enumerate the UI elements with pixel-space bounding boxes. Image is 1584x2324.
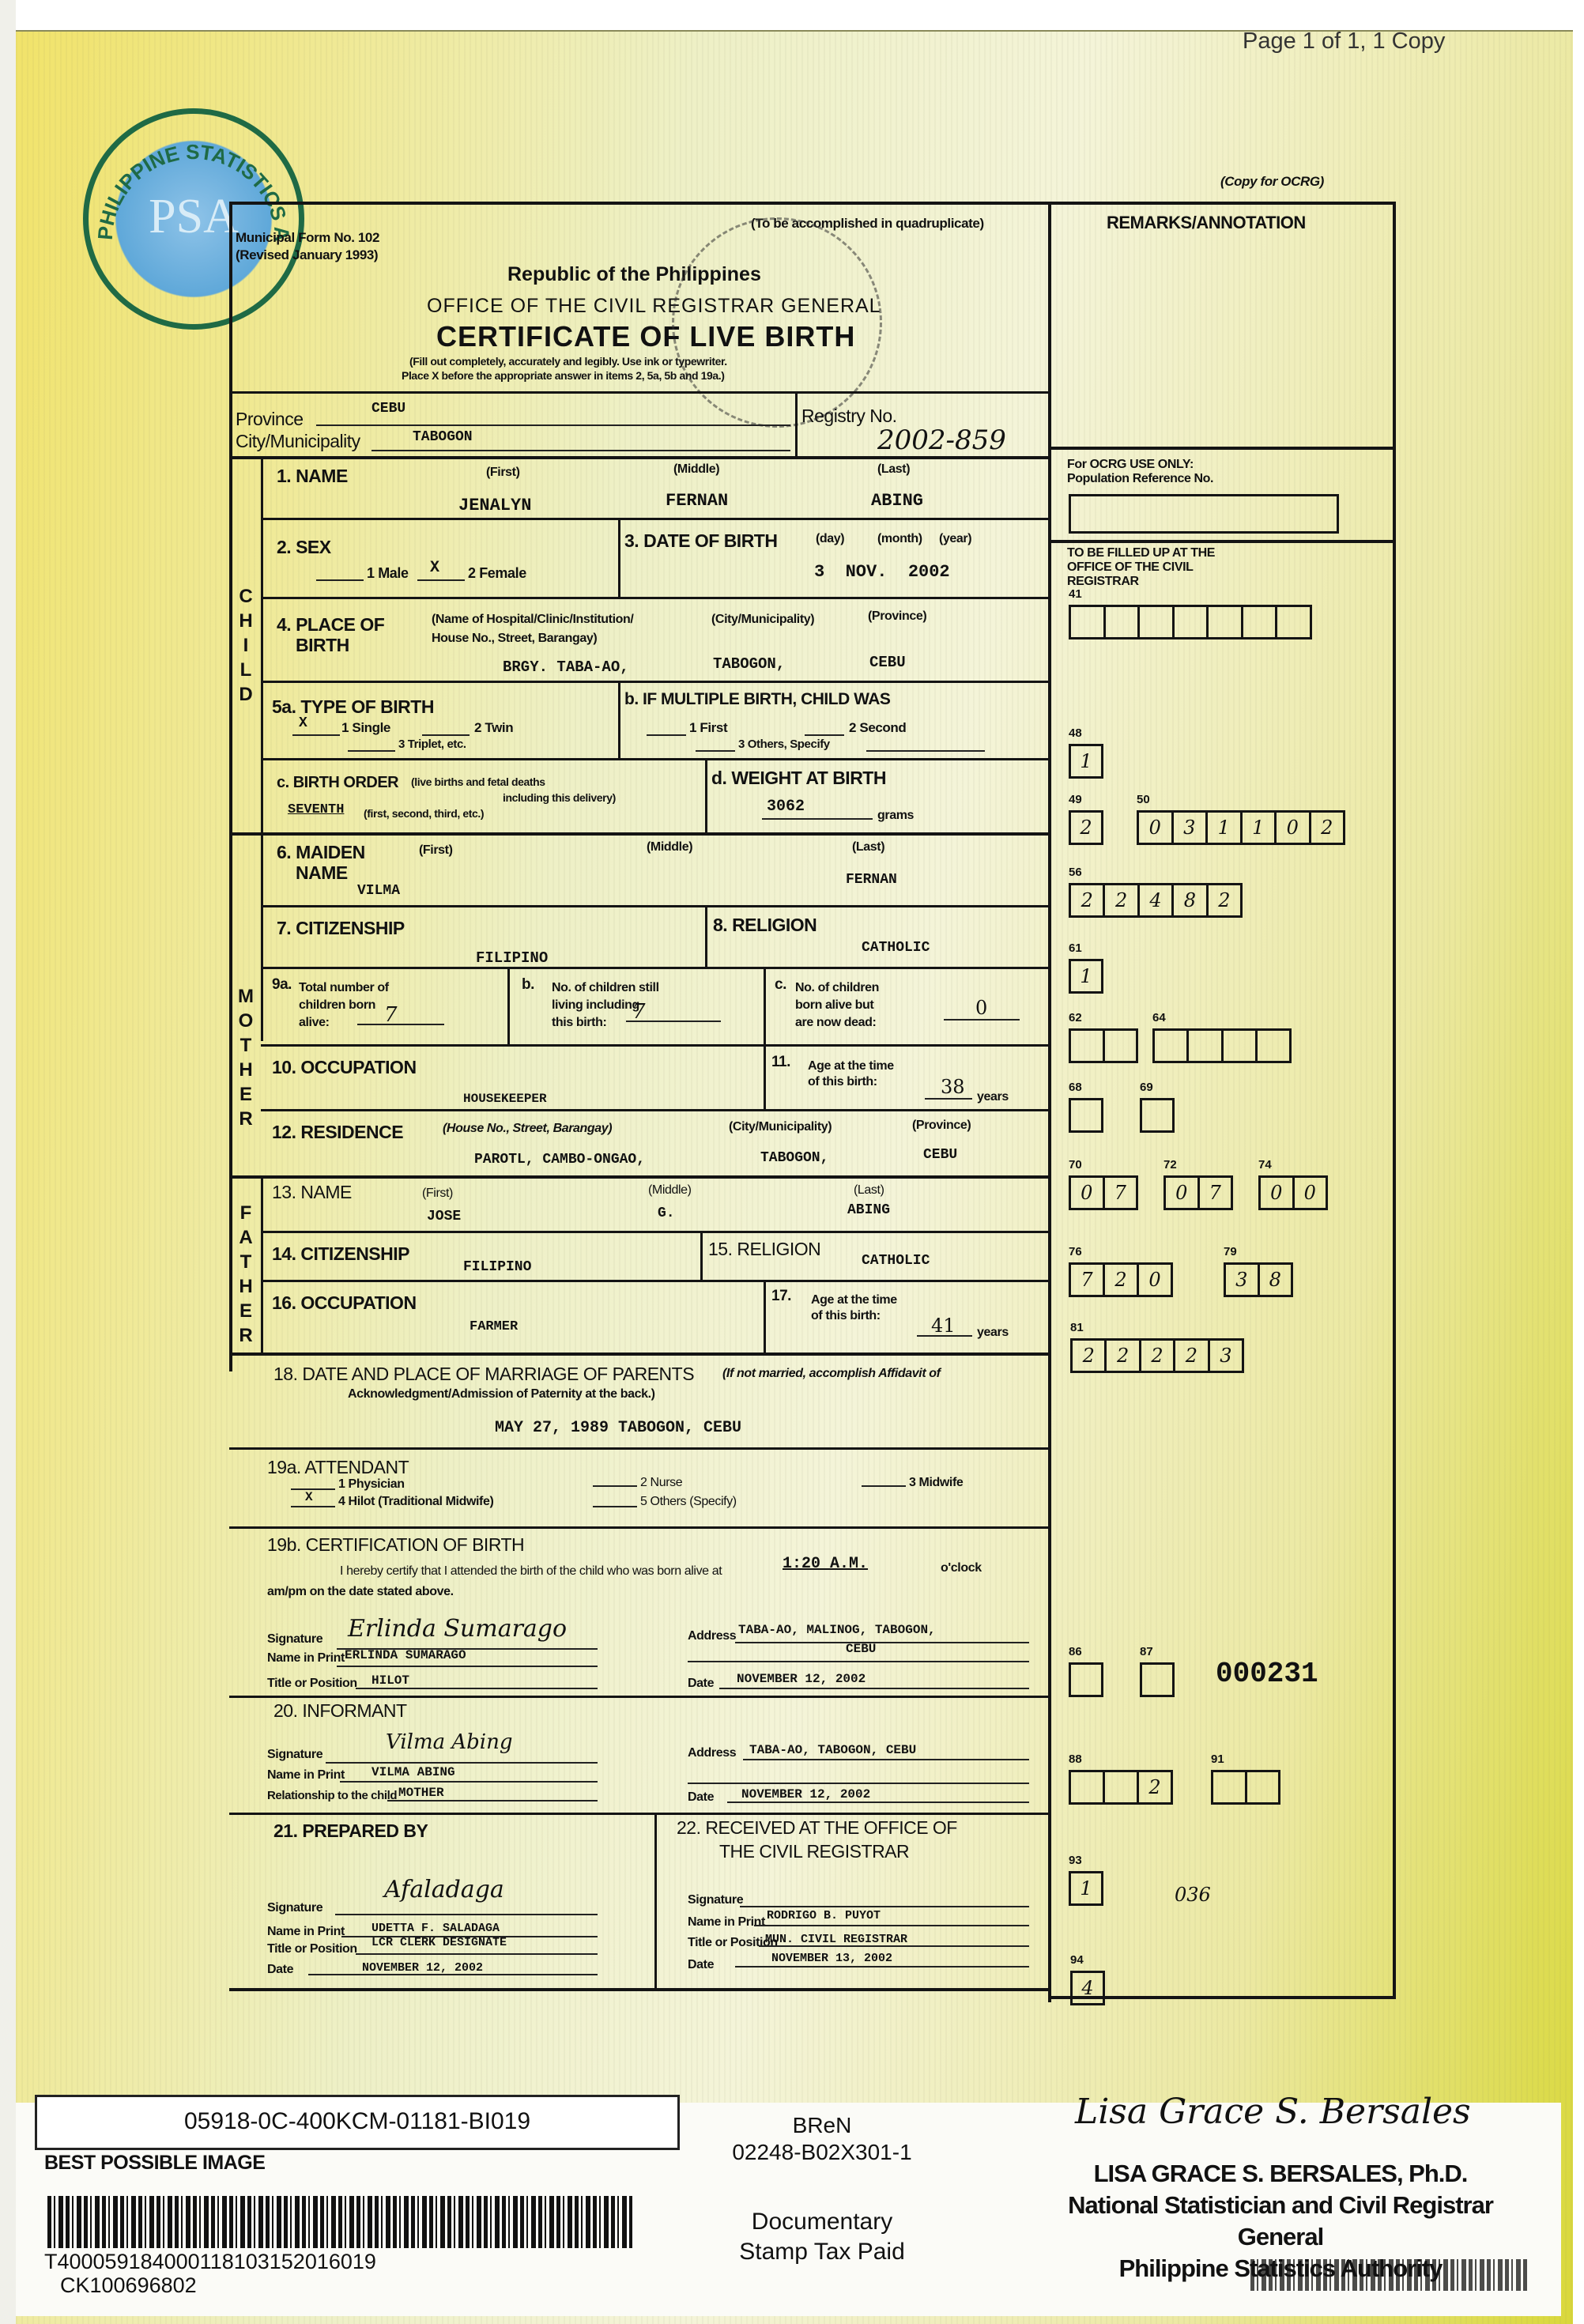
code-cell: 3 bbox=[1210, 1341, 1242, 1371]
date-label: Date bbox=[688, 1958, 714, 1972]
informant-name: VILMA ABING bbox=[371, 1765, 455, 1779]
father-religion-label: 15. RELIGION bbox=[708, 1239, 820, 1260]
birth-order-value: SEVENTH bbox=[288, 802, 344, 817]
title-label: Title or Position bbox=[267, 1677, 357, 1691]
father-religion: CATHOLIC bbox=[862, 1253, 930, 1269]
birth-type-triplet[interactable]: 3 Triplet, etc. bbox=[398, 738, 466, 751]
code-cell bbox=[1247, 1772, 1279, 1802]
address-label: Address bbox=[688, 1629, 736, 1643]
registrar-use-heading: TO BE FILLED UP AT THEOFFICE OF THE CIVI… bbox=[1067, 546, 1215, 589]
mother-religion: CATHOLIC bbox=[862, 940, 930, 956]
father-middle-name: G. bbox=[658, 1205, 675, 1221]
mother-age-value: 38 bbox=[941, 1076, 965, 1098]
code-cell: 7 bbox=[1071, 1265, 1105, 1295]
code-cell: 2 bbox=[1105, 885, 1139, 915]
father-citizenship-label: 14. CITIZENSHIP bbox=[272, 1243, 409, 1265]
handwritten-note: 036 bbox=[1175, 1884, 1211, 1906]
certification-text-1: I hereby certify that I attended the bir… bbox=[340, 1564, 722, 1579]
mother-religion-label: 8. RELIGION bbox=[713, 915, 817, 936]
weight-unit: grams bbox=[877, 809, 914, 823]
code-cell: 0 bbox=[1261, 1178, 1295, 1208]
birth-order-hint-2: including this delivery) bbox=[503, 791, 616, 804]
code-cell bbox=[1243, 607, 1278, 637]
mother-name-label: 6. MAIDEN bbox=[277, 842, 365, 863]
code-cell: 2 bbox=[1311, 813, 1344, 843]
stamp-tax-line-2: Stamp Tax Paid bbox=[711, 2237, 933, 2267]
multiple-birth-label: b. IF MULTIPLE BIRTH, CHILD WAS bbox=[624, 690, 890, 709]
attendant-nurse[interactable]: 2 Nurse bbox=[640, 1476, 682, 1490]
pob-city: TABOGON, bbox=[713, 655, 785, 673]
informant-address: TABA-AO, TABOGON, CEBU bbox=[749, 1743, 916, 1757]
code-cell: 8 bbox=[1260, 1265, 1292, 1295]
code-cell bbox=[1209, 607, 1243, 637]
pob-province-label: (Province) bbox=[868, 609, 926, 624]
dob-day-label: (day) bbox=[816, 532, 844, 546]
attendant-midwife[interactable]: 3 Midwife bbox=[909, 1476, 963, 1490]
multiple-others[interactable]: 3 Others, Specify bbox=[738, 738, 830, 751]
mother-age-unit: years bbox=[977, 1090, 1009, 1104]
birth-type-mark: X bbox=[299, 715, 307, 731]
sex-option-female[interactable]: 2 Female bbox=[468, 565, 526, 582]
signature-label: Signature bbox=[688, 1893, 743, 1907]
best-possible-image: BEST POSSIBLE IMAGE bbox=[44, 2152, 265, 2175]
registrar-stamp-icon bbox=[672, 217, 882, 428]
serial-number: 000231 bbox=[1216, 1658, 1318, 1690]
code-field-62[interactable] bbox=[1069, 1028, 1138, 1063]
code-cell: 1 bbox=[1071, 1873, 1101, 1903]
attendant-label: 19a. ATTENDANT bbox=[267, 1457, 409, 1478]
attendant-name: ERLINDA SUMARAGO bbox=[345, 1648, 466, 1662]
code-cell bbox=[1140, 607, 1175, 637]
registry-number: 2002-859 bbox=[877, 424, 1006, 456]
code-field-68[interactable] bbox=[1069, 1098, 1103, 1133]
attendant-mark: X bbox=[305, 1490, 313, 1504]
birth-order-hint-1: (live births and fetal deaths bbox=[411, 775, 545, 788]
attendant-title: HILOT bbox=[371, 1673, 409, 1688]
stamp-tax-block: Documentary Stamp Tax Paid bbox=[711, 2207, 933, 2267]
code-cell: 2 bbox=[1071, 813, 1101, 843]
attendant-address-1: TABA-AO, MALINOG, TABOGON, bbox=[738, 1623, 936, 1637]
weight-value: 3062 bbox=[767, 798, 805, 816]
code-cell: 7 bbox=[1200, 1178, 1231, 1208]
code-cell: 2 bbox=[1071, 885, 1105, 915]
barcode-text: T400059184000118103152016019 bbox=[44, 2250, 376, 2274]
code-number-41: 41 bbox=[1069, 587, 1082, 601]
father-age-unit: years bbox=[977, 1326, 1009, 1340]
mother-age-label: Age at the timeof this birth: bbox=[808, 1058, 894, 1090]
signature-label: Signature bbox=[267, 1748, 322, 1762]
residence-label: 12. RESIDENCE bbox=[272, 1122, 403, 1143]
prepared-by-label: 21. PREPARED BY bbox=[273, 1820, 428, 1842]
form-revised: (Revised January 1993) bbox=[236, 247, 378, 263]
code-cell bbox=[1277, 607, 1310, 637]
city-value: TABOGON bbox=[413, 429, 473, 445]
residence-city-label: (City/Municipality) bbox=[729, 1120, 832, 1134]
code-field-48[interactable]: 1 bbox=[1069, 744, 1103, 779]
father-name-label: 13. NAME bbox=[272, 1182, 352, 1203]
code-number-70: 70 bbox=[1069, 1158, 1082, 1171]
code-field-81[interactable]: 22223 bbox=[1070, 1338, 1244, 1373]
code-cell bbox=[1106, 607, 1141, 637]
security-barcode-icon bbox=[1250, 2259, 1527, 2291]
sex-label: 2. SEX bbox=[277, 537, 331, 558]
residence-hint: (House No., Street, Barangay) bbox=[443, 1122, 612, 1136]
code-number-93: 93 bbox=[1069, 1854, 1082, 1867]
code-cell: 0 bbox=[1295, 1178, 1326, 1208]
bren-label: BReN bbox=[727, 2112, 917, 2139]
registry-label: Registry No. bbox=[801, 406, 897, 427]
code-cell: 0 bbox=[1277, 813, 1311, 843]
dead-label-num: c. bbox=[775, 976, 786, 994]
residence-province: CEBU bbox=[923, 1147, 957, 1163]
father-side-label: FATHER bbox=[234, 1201, 258, 1348]
instructions-line-2: Place X before the appropriate answer in… bbox=[402, 369, 725, 382]
code-number-49: 49 bbox=[1069, 793, 1082, 806]
birth-type-label: 5a. TYPE OF BIRTH bbox=[272, 696, 434, 718]
preparer-signature: Afaladaga bbox=[384, 1876, 504, 1903]
weight-label: d. WEIGHT AT BIRTH bbox=[711, 768, 886, 789]
informant-label: 20. INFORMANT bbox=[273, 1700, 407, 1722]
attendant-hilot[interactable]: 4 Hilot (Traditional Midwife) bbox=[338, 1495, 493, 1509]
code-field-50[interactable]: 031102 bbox=[1137, 810, 1345, 845]
province-label: Province bbox=[236, 409, 303, 430]
code-number-91: 91 bbox=[1211, 1752, 1224, 1766]
code-cell: 3 bbox=[1174, 813, 1209, 843]
label-middle: (Middle) bbox=[648, 1183, 692, 1198]
code-cell bbox=[1142, 1665, 1172, 1695]
code-number-56: 56 bbox=[1069, 866, 1082, 879]
code-cell: 1 bbox=[1208, 813, 1243, 843]
attendant-physician[interactable]: 1 Physician bbox=[338, 1477, 405, 1492]
code-number-74: 74 bbox=[1258, 1158, 1272, 1171]
registrar-date: NOVEMBER 13, 2002 bbox=[771, 1952, 892, 1965]
code-cell: 2 bbox=[1141, 1341, 1175, 1371]
code-number-87: 87 bbox=[1140, 1645, 1153, 1658]
code-number-50: 50 bbox=[1137, 793, 1150, 806]
living-label-num: b. bbox=[522, 976, 534, 994]
birth-time: 1:20 A.M. bbox=[783, 1555, 868, 1573]
mother-citizenship-label: 7. CITIZENSHIP bbox=[277, 918, 405, 939]
residence-address: PAROTL, CAMBO-ONGAO, bbox=[474, 1152, 645, 1168]
code-field-41[interactable] bbox=[1069, 605, 1312, 639]
bren-code: 02248-B02X301-1 bbox=[727, 2139, 917, 2166]
code-field-74[interactable]: 00 bbox=[1258, 1175, 1328, 1210]
code-field-64[interactable] bbox=[1152, 1028, 1292, 1063]
code-cell bbox=[1258, 1031, 1289, 1061]
name-in-print-label: Name in Print bbox=[688, 1915, 765, 1930]
dob-month-label: (month) bbox=[877, 532, 922, 546]
code-cell: 2 bbox=[1209, 885, 1240, 915]
preparer-date: NOVEMBER 12, 2002 bbox=[362, 1961, 483, 1975]
father-age-value: 41 bbox=[931, 1315, 956, 1337]
pob-house: BRGY. TABA-AO, bbox=[503, 658, 629, 676]
code-cell bbox=[1224, 1031, 1258, 1061]
dead-children-label: No. of childrenborn alive butare now dea… bbox=[795, 979, 879, 1032]
code-cell: 8 bbox=[1174, 885, 1208, 915]
reference-code: 05918-0C-400KCM-01181-BI019 bbox=[35, 2095, 680, 2150]
pob-province: CEBU bbox=[869, 654, 906, 671]
population-reference-field[interactable] bbox=[1069, 494, 1339, 534]
informant-date: NOVEMBER 12, 2002 bbox=[741, 1787, 870, 1801]
code-cell: 2 bbox=[1175, 1341, 1209, 1371]
label-last: (Last) bbox=[854, 1183, 884, 1198]
dead-children-value: 0 bbox=[975, 997, 987, 1019]
page-indicator: Page 1 of 1, 1 Copy bbox=[1243, 28, 1445, 55]
informant-relationship: MOTHER bbox=[398, 1786, 444, 1800]
code-cell bbox=[1105, 1772, 1139, 1802]
date-label: Date bbox=[688, 1677, 714, 1691]
remarks-title: REMARKS/ANNOTATION bbox=[1107, 213, 1306, 233]
father-last-name: ABING bbox=[847, 1202, 890, 1218]
name-in-print-label: Name in Print bbox=[267, 1925, 345, 1939]
code-number-72: 72 bbox=[1163, 1158, 1177, 1171]
code-cell: 0 bbox=[1139, 1265, 1171, 1295]
residence-province-label: (Province) bbox=[912, 1119, 971, 1133]
code-cell: 0 bbox=[1139, 813, 1174, 843]
code-field-87[interactable] bbox=[1140, 1662, 1175, 1697]
attendant-address-2: CEBU bbox=[846, 1642, 876, 1656]
code-field-79[interactable]: 38 bbox=[1224, 1262, 1293, 1297]
code-field-61[interactable]: 1 bbox=[1069, 959, 1103, 994]
pob-city-label: (City/Municipality) bbox=[711, 613, 814, 627]
code-number-64: 64 bbox=[1152, 1011, 1166, 1024]
code-cell: 1 bbox=[1071, 746, 1101, 776]
residence-city: TABOGON, bbox=[760, 1150, 828, 1166]
pob-hint-2: House No., Street, Barangay) bbox=[432, 632, 597, 646]
code-number-94: 94 bbox=[1070, 1953, 1084, 1967]
stamp-tax-line-1: Documentary bbox=[711, 2207, 933, 2237]
marriage-hint-2: Acknowledgment/Admission of Paternity at… bbox=[348, 1387, 655, 1402]
attendant-date: NOVEMBER 12, 2002 bbox=[737, 1672, 866, 1686]
mother-citizenship: FILIPINO bbox=[476, 949, 548, 967]
province-value: CEBU bbox=[371, 401, 405, 417]
signature-label: Signature bbox=[267, 1632, 322, 1647]
code-number-62: 62 bbox=[1069, 1011, 1082, 1024]
oclock-label: o'clock bbox=[941, 1561, 982, 1575]
code-cell: 2 bbox=[1139, 1772, 1171, 1802]
mother-last-name: FERNAN bbox=[846, 872, 897, 888]
population-ref-label: Population Reference No. bbox=[1067, 472, 1213, 486]
certification-label: 19b. CERTIFICATION OF BIRTH bbox=[267, 1534, 524, 1556]
attendant-signature: Erlinda Sumarago bbox=[348, 1615, 567, 1643]
code-cell bbox=[1189, 1031, 1223, 1061]
mother-first-name: VILMA bbox=[357, 883, 400, 899]
label-last: (Last) bbox=[877, 462, 910, 477]
child-side-label: CHILD bbox=[234, 584, 258, 707]
ocrg-label: For OCRG USE ONLY: bbox=[1067, 458, 1194, 472]
code-field-88[interactable]: 2 bbox=[1069, 1770, 1173, 1805]
child-last-name: ABING bbox=[871, 491, 923, 511]
sex-female-mark: X bbox=[430, 559, 439, 577]
svg-text:PSA: PSA bbox=[149, 190, 239, 243]
code-cell: 1 bbox=[1071, 961, 1101, 991]
code-number-48: 48 bbox=[1069, 726, 1082, 740]
father-first-name: JOSE bbox=[427, 1209, 461, 1224]
total-label-num: 9a. bbox=[272, 976, 292, 994]
certification-text-2: am/pm on the date stated above. bbox=[267, 1585, 454, 1599]
code-cell: 3 bbox=[1226, 1265, 1260, 1295]
code-number-79: 79 bbox=[1224, 1245, 1237, 1258]
father-citizenship: FILIPINO bbox=[463, 1259, 531, 1275]
signature-label: Signature bbox=[267, 1901, 322, 1915]
pob-hint-1: (Name of Hospital/Clinic/Institution/ bbox=[432, 613, 633, 627]
code-cell: 2 bbox=[1107, 1341, 1141, 1371]
received-label: 22. RECEIVED AT THE OFFICE OF bbox=[677, 1817, 957, 1839]
city-label: City/Municipality bbox=[236, 431, 360, 452]
address-label: Address bbox=[688, 1746, 736, 1760]
father-occupation: FARMER bbox=[470, 1319, 518, 1334]
code-number-69: 69 bbox=[1140, 1081, 1153, 1094]
signatory-name: LISA GRACE S. BERSALES, Ph.D. bbox=[1028, 2158, 1533, 2190]
code-cell: 2 bbox=[1073, 1341, 1107, 1371]
multiple-second[interactable]: 2 Second bbox=[849, 720, 906, 736]
code-cell bbox=[1071, 607, 1106, 637]
birth-type-twin[interactable]: 2 Twin bbox=[474, 720, 513, 736]
received-label-2: THE CIVIL REGISTRAR bbox=[719, 1841, 909, 1862]
birth-type-single[interactable]: 1 Single bbox=[341, 720, 390, 736]
dob-year-label: (year) bbox=[939, 532, 971, 546]
code-field-86[interactable] bbox=[1069, 1662, 1103, 1697]
registrar-name: RODRIGO B. PUYOT bbox=[767, 1909, 881, 1922]
mother-side-label: MOTHER bbox=[234, 984, 258, 1131]
code-field-91[interactable] bbox=[1211, 1770, 1280, 1805]
marriage-value: MAY 27, 1989 TABOGON, CEBU bbox=[495, 1419, 741, 1437]
name-in-print-label: Name in Print bbox=[267, 1651, 345, 1666]
code-cell bbox=[1071, 1031, 1105, 1061]
title-label: Title or Position bbox=[688, 1936, 778, 1950]
code-number-88: 88 bbox=[1069, 1752, 1082, 1766]
father-age-label: Age at the timeof this birth: bbox=[811, 1292, 897, 1324]
code-cell: 4 bbox=[1140, 885, 1174, 915]
code-field-69[interactable] bbox=[1140, 1098, 1175, 1133]
pob-label: 4. PLACE OF bbox=[277, 614, 384, 636]
relationship-label: Relationship to the child bbox=[267, 1789, 397, 1802]
label-middle: (Middle) bbox=[673, 462, 719, 477]
signatory-title: National Statistician and Civil Registra… bbox=[1028, 2190, 1533, 2253]
child-first-name: JENALYN bbox=[458, 496, 531, 515]
copy-label: (Copy for OCRG) bbox=[1220, 174, 1324, 190]
mother-occupation-label: 10. OCCUPATION bbox=[272, 1057, 417, 1078]
code-field-56[interactable]: 22482 bbox=[1069, 883, 1243, 918]
code-cell: 2 bbox=[1105, 1265, 1139, 1295]
code-cell bbox=[1213, 1772, 1247, 1802]
ck-code: CK100696802 bbox=[60, 2273, 197, 2298]
code-cell bbox=[1071, 1772, 1105, 1802]
mother-name-label-2: NAME bbox=[296, 862, 348, 884]
code-field-49[interactable]: 2 bbox=[1069, 810, 1103, 845]
mother-occupation: HOUSEKEEPER bbox=[463, 1092, 547, 1106]
code-cell: 4 bbox=[1073, 1973, 1103, 2003]
code-field-94[interactable]: 4 bbox=[1070, 1971, 1105, 2005]
name-in-print-label: Name in Print bbox=[267, 1768, 345, 1783]
informant-signature: Vilma Abing bbox=[386, 1730, 513, 1754]
code-cell bbox=[1105, 1031, 1137, 1061]
registrar-title: MUN. CIVIL REGISTRAR bbox=[765, 1933, 907, 1946]
marriage-label: 18. DATE AND PLACE OF MARRIAGE OF PARENT… bbox=[273, 1364, 694, 1385]
attendant-others[interactable]: 5 Others (Specify) bbox=[640, 1495, 737, 1509]
sex-option-male[interactable]: 1 Male bbox=[367, 565, 409, 582]
date-label: Date bbox=[267, 1963, 293, 1977]
code-cell bbox=[1175, 607, 1209, 637]
code-number-86: 86 bbox=[1069, 1645, 1082, 1658]
birth-order-hint-3: (first, second, third, etc.) bbox=[364, 807, 484, 820]
code-field-70[interactable]: 07 bbox=[1069, 1175, 1138, 1210]
code-number-61: 61 bbox=[1069, 941, 1082, 955]
dob-value: 3 NOV. 2002 bbox=[814, 562, 950, 582]
birth-certificate-form: Municipal Form No. 102 (Revised January … bbox=[229, 202, 1050, 2002]
bren-block: BReN 02248-B02X301-1 bbox=[727, 2112, 917, 2166]
label-first: (First) bbox=[419, 843, 453, 858]
father-occupation-label: 16. OCCUPATION bbox=[272, 1292, 417, 1314]
code-field-72[interactable]: 07 bbox=[1163, 1175, 1233, 1210]
date-label: Date bbox=[688, 1790, 714, 1805]
code-number-81: 81 bbox=[1070, 1321, 1084, 1334]
code-cell: 0 bbox=[1071, 1178, 1105, 1208]
code-cell bbox=[1071, 1100, 1101, 1130]
title-label: Title or Position bbox=[267, 1942, 357, 1956]
dob-label: 3. DATE OF BIRTH bbox=[624, 530, 777, 552]
mother-age-num: 11. bbox=[771, 1054, 790, 1071]
form-number: Municipal Form No. 102 bbox=[236, 230, 379, 246]
label-first: (First) bbox=[422, 1187, 453, 1201]
code-cell bbox=[1155, 1031, 1189, 1061]
multiple-first[interactable]: 1 First bbox=[689, 720, 727, 736]
marriage-hint-1: (If not married, accomplish Affidavit of bbox=[722, 1367, 941, 1381]
barcode-icon bbox=[47, 2196, 632, 2248]
signatory-signature: Lisa Grace S. Bersales bbox=[1075, 2092, 1471, 2132]
code-cell bbox=[1142, 1100, 1172, 1130]
label-last: (Last) bbox=[852, 840, 884, 855]
code-number-76: 76 bbox=[1069, 1245, 1082, 1258]
code-field-93[interactable]: 1 bbox=[1069, 1871, 1103, 1906]
code-cell: 1 bbox=[1243, 813, 1277, 843]
child-middle-name: FERNAN bbox=[666, 491, 728, 511]
label-first: (First) bbox=[486, 466, 520, 480]
preparer-name: UDETTA F. SALADAGA bbox=[371, 1922, 500, 1935]
preparer-title: LCR CLERK DESIGNATE bbox=[371, 1936, 507, 1949]
code-cell: 0 bbox=[1166, 1178, 1200, 1208]
code-field-76[interactable]: 720 bbox=[1069, 1262, 1173, 1297]
label-middle: (Middle) bbox=[647, 840, 692, 855]
child-name-label: 1. NAME bbox=[277, 466, 348, 487]
code-number-68: 68 bbox=[1069, 1081, 1082, 1094]
code-cell: 7 bbox=[1105, 1178, 1137, 1208]
father-age-num: 17. bbox=[771, 1288, 791, 1305]
pob-label-2: BIRTH bbox=[296, 635, 349, 656]
birth-order-label: c. BIRTH ORDER bbox=[277, 774, 398, 792]
code-cell bbox=[1071, 1665, 1101, 1695]
